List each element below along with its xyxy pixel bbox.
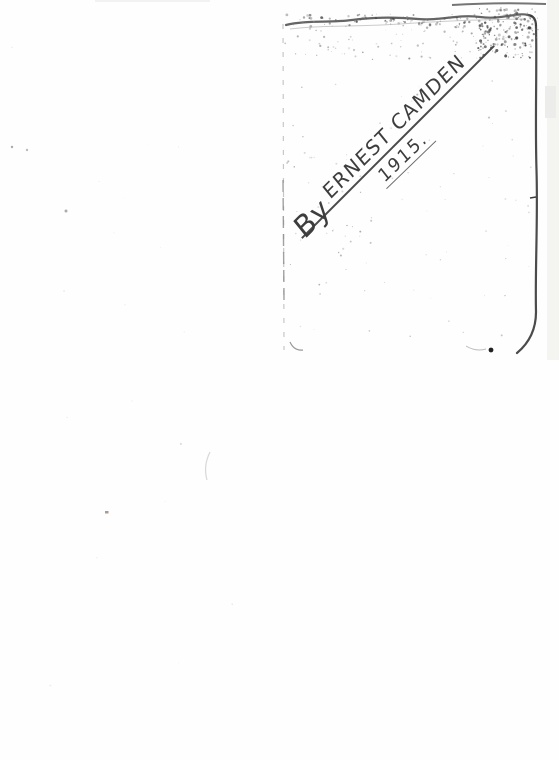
scanned-page: By ERNEST CAMDEN 1915. (0, 0, 559, 760)
inscription-prefix: By (291, 195, 333, 241)
smudge-mark (466, 346, 486, 350)
speck (105, 511, 109, 514)
speck (65, 210, 68, 213)
scan-shadow-band (547, 0, 559, 360)
paper-left-edge (283, 180, 284, 300)
smudge-mark (206, 452, 210, 480)
ink-spot (489, 348, 494, 353)
smudge-mark (290, 342, 303, 350)
paper-top-edge (286, 14, 528, 25)
speck (26, 149, 28, 151)
paper-left-edge (283, 24, 284, 350)
paper-edge-nick (530, 197, 536, 198)
paper-edges (0, 0, 559, 760)
handwritten-inscription: By ERNEST CAMDEN 1915. (283, 27, 512, 256)
scan-artifact-line (452, 3, 546, 5)
speck (11, 146, 13, 148)
paper-right-edge (517, 26, 537, 353)
paper-corner (528, 15, 536, 26)
inscription-name-row: By ERNEST CAMDEN (283, 27, 494, 238)
scan-shadow-band (545, 86, 556, 118)
paper-top-edge-shadow (290, 19, 525, 29)
